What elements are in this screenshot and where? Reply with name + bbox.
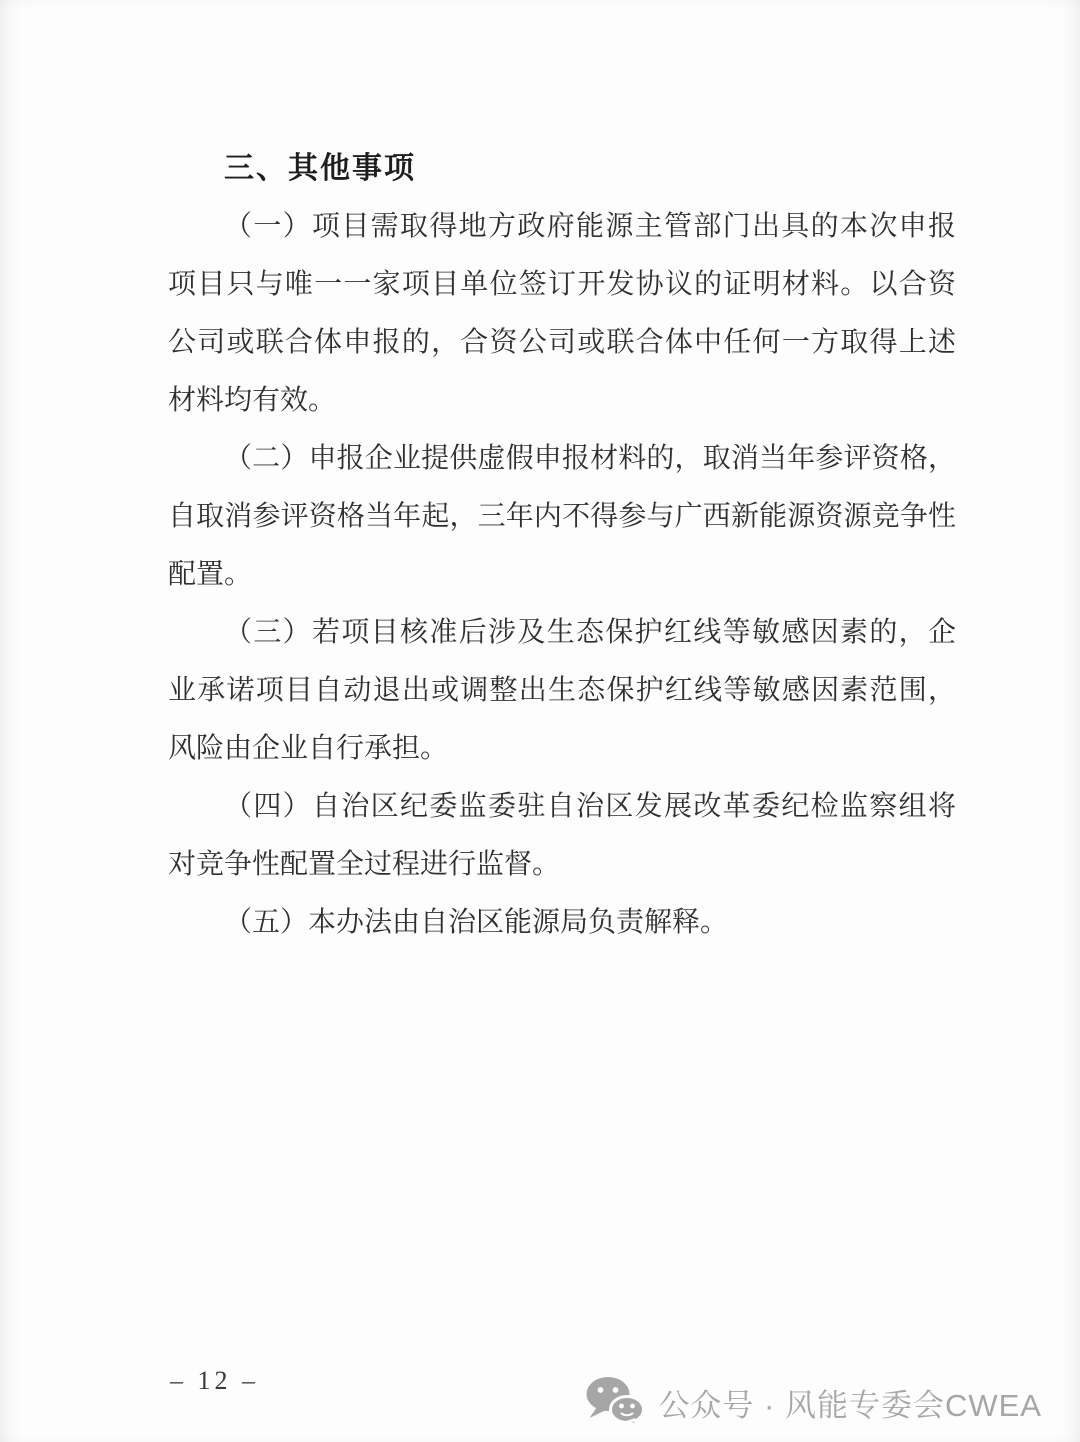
text-line: 项目只与唯一一家项目单位签订开发协议的证明材料。以合资 bbox=[168, 256, 956, 314]
document-page: 三、其他事项 （一）项目需取得地方政府能源主管部门出具的本次申报 项目只与唯一一… bbox=[0, 0, 1080, 1442]
section-heading: 三、其他事项 bbox=[168, 140, 956, 198]
text-line: 业承诺项目自动退出或调整出生态保护红线等敏感因素范围， bbox=[168, 662, 956, 720]
text-line: 材料均有效。 bbox=[168, 372, 956, 430]
text-line: （三）若项目核准后涉及生态保护红线等敏感因素的，企 bbox=[168, 604, 956, 662]
document-body: 三、其他事项 （一）项目需取得地方政府能源主管部门出具的本次申报 项目只与唯一一… bbox=[168, 140, 956, 952]
paragraph: （三）若项目核准后涉及生态保护红线等敏感因素的，企 业承诺项目自动退出或调整出生… bbox=[168, 604, 956, 778]
text-line: 风险由企业自行承担。 bbox=[168, 720, 956, 778]
paragraph: （二）申报企业提供虚假申报材料的，取消当年参评资格， 自取消参评资格当年起，三年… bbox=[168, 430, 956, 604]
watermark-label: 公众号 · 风能专委会CWEA bbox=[658, 1380, 1042, 1425]
text-line: 配置。 bbox=[168, 546, 956, 604]
paragraph: （五）本办法由自治区能源局负责解释。 bbox=[168, 894, 956, 952]
text-line: （一）项目需取得地方政府能源主管部门出具的本次申报 bbox=[168, 198, 956, 256]
page-number: – 12 – bbox=[170, 1366, 259, 1396]
text-line: 公司或联合体申报的，合资公司或联合体中任何一方取得上述 bbox=[168, 314, 956, 372]
watermark: 公众号 · 风能专委会CWEA bbox=[585, 1376, 1042, 1428]
paragraph: （一）项目需取得地方政府能源主管部门出具的本次申报 项目只与唯一一家项目单位签订… bbox=[168, 198, 956, 430]
paragraph: （四）自治区纪委监委驻自治区发展改革委纪检监察组将 对竞争性配置全过程进行监督。 bbox=[168, 778, 956, 894]
text-line: 对竞争性配置全过程进行监督。 bbox=[168, 836, 956, 894]
text-line: 自取消参评资格当年起，三年内不得参与广西新能源资源竞争性 bbox=[168, 488, 956, 546]
wechat-icon bbox=[585, 1376, 645, 1428]
text-line: （二）申报企业提供虚假申报材料的，取消当年参评资格， bbox=[168, 430, 956, 488]
text-line: （四）自治区纪委监委驻自治区发展改革委纪检监察组将 bbox=[168, 778, 956, 836]
text-line: （五）本办法由自治区能源局负责解释。 bbox=[168, 894, 956, 952]
